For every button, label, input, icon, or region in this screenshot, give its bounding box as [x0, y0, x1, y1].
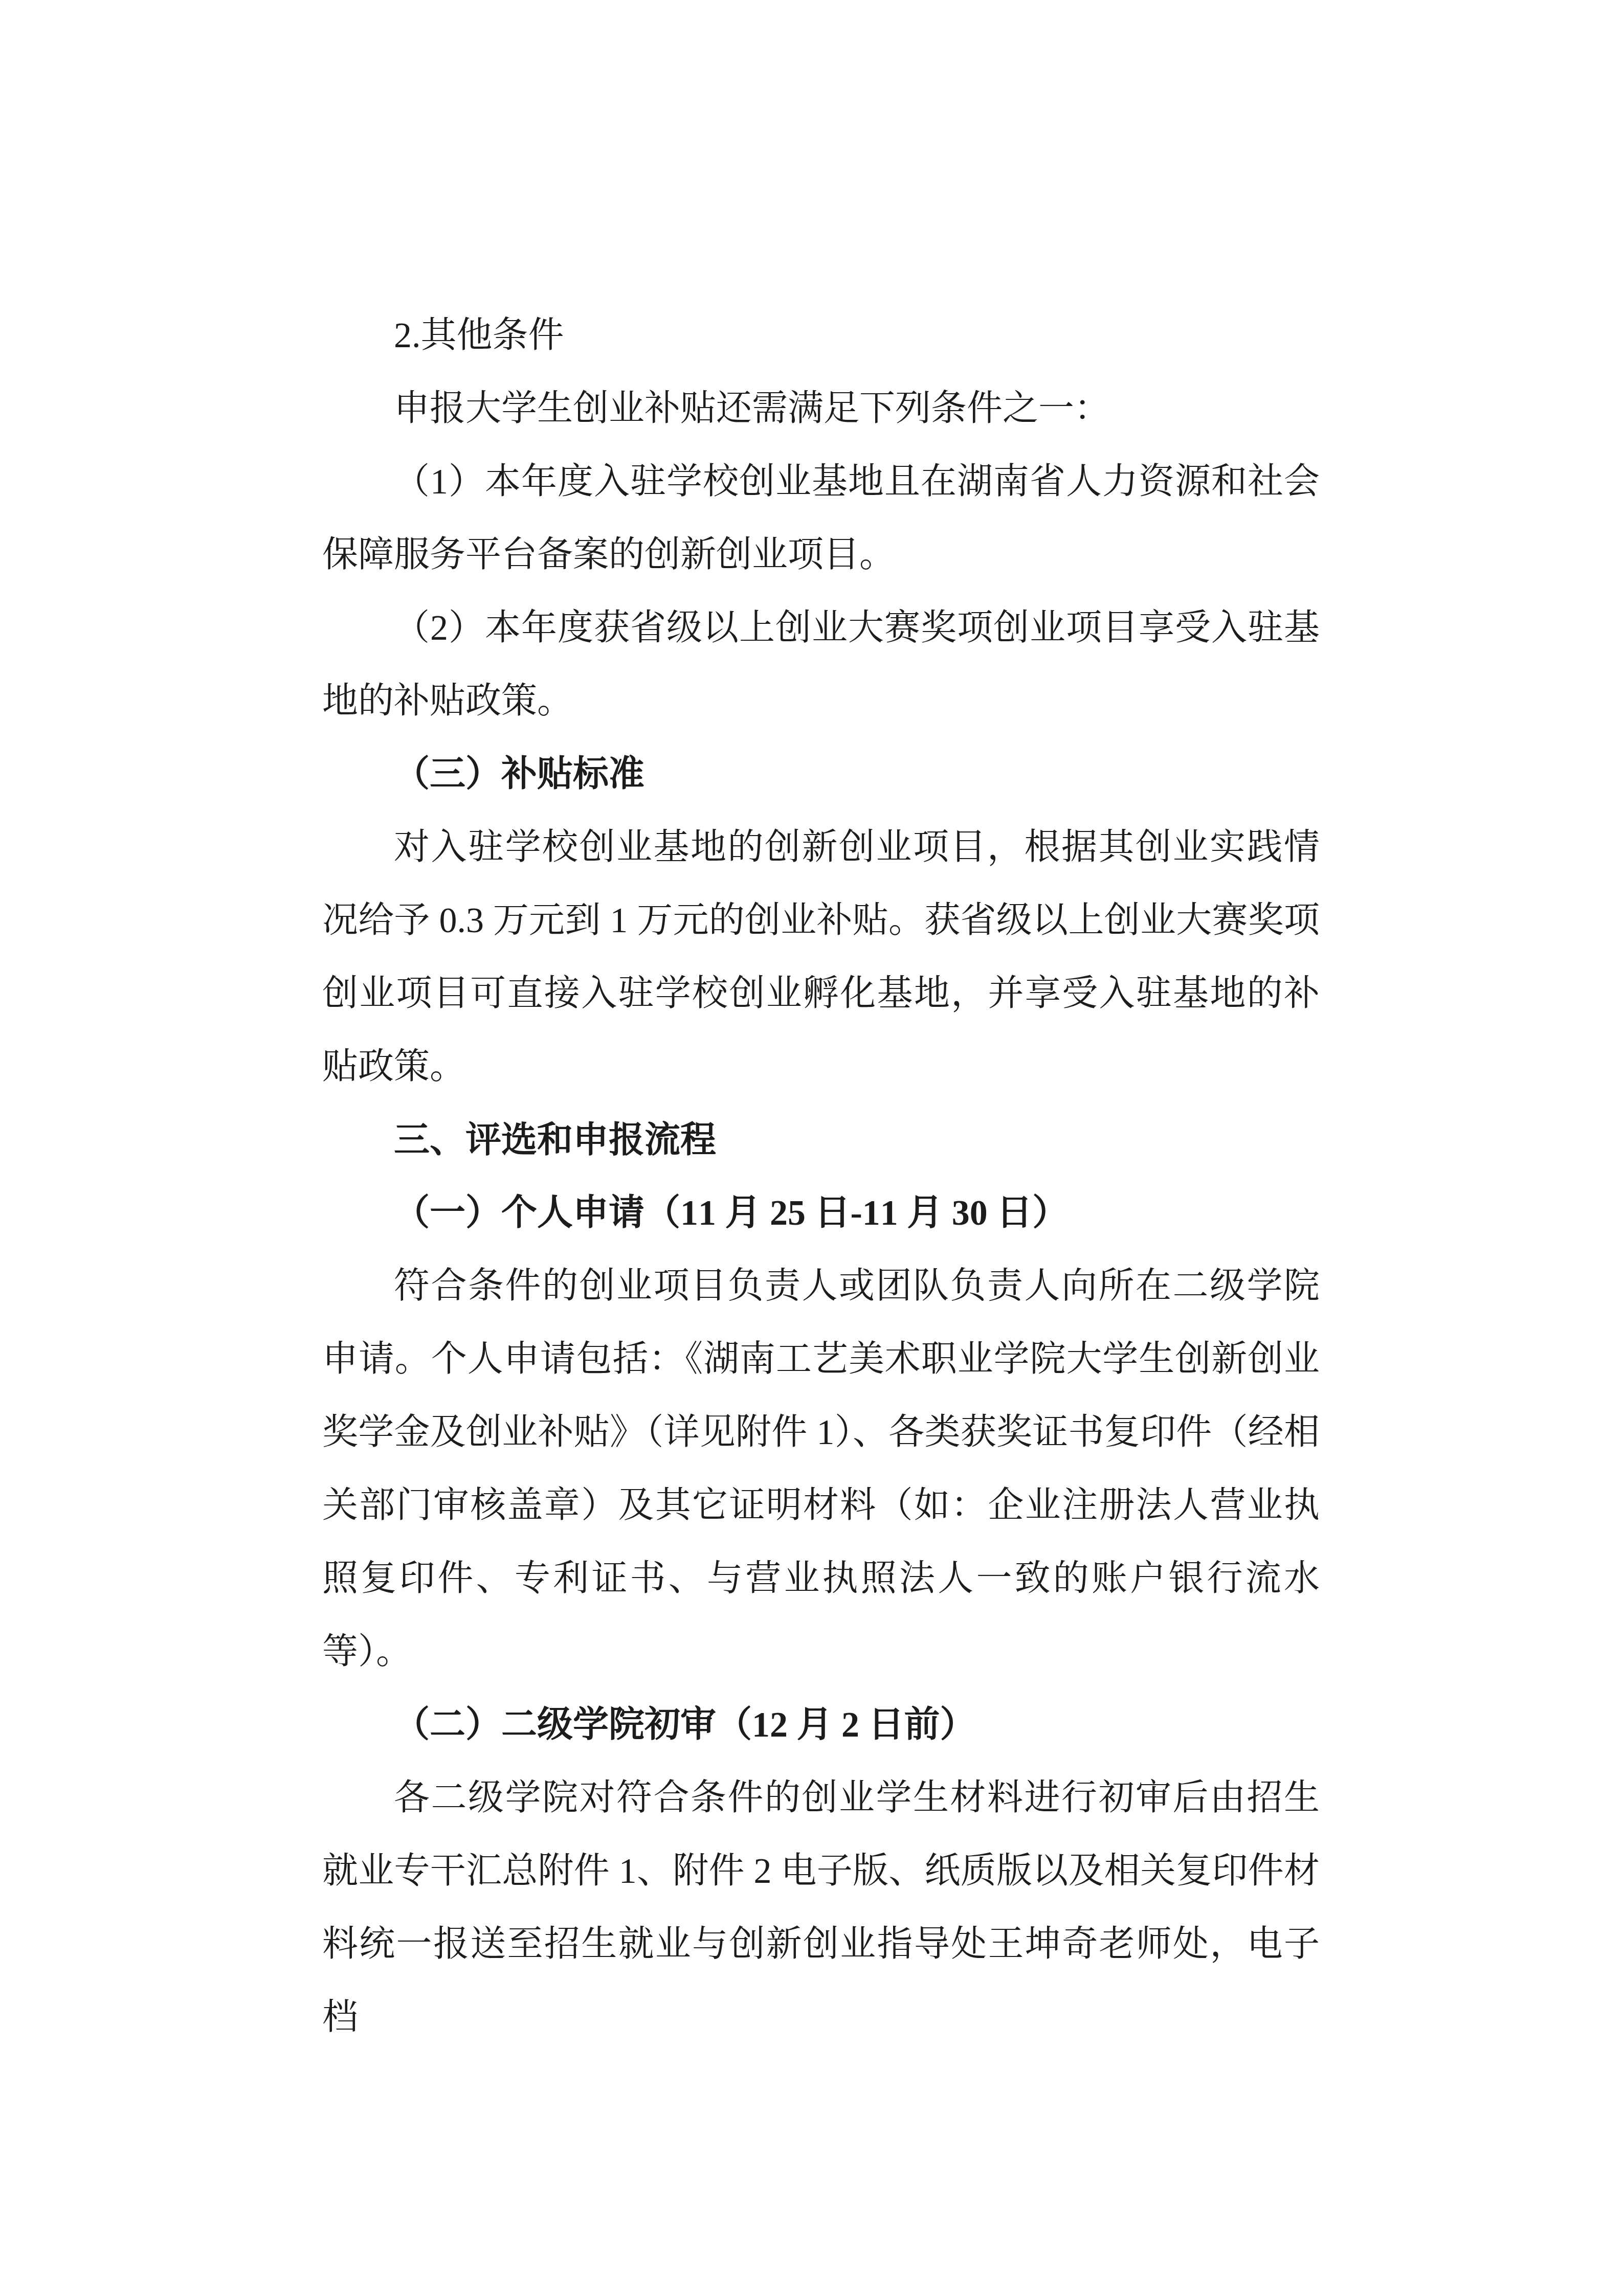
text-block: 2.其他条件 申报大学生创业补贴还需满足下列条件之一： （1）本年度入驻学校创业…	[322, 299, 1320, 2054]
heading-subsidy-standard: （三）补贴标准	[322, 738, 1320, 811]
paragraph-conditions-intro: 申报大学生创业补贴还需满足下列条件之一：	[322, 372, 1320, 445]
paragraph-college-preliminary-review-body: 各二级学院对符合条件的创业学生材料进行初审后由招生就业专干汇总附件 1、附件 2…	[322, 1762, 1320, 2054]
heading-college-preliminary-review: （二）二级学院初审（12 月 2 日前）	[322, 1689, 1320, 1762]
document-page: 2.其他条件 申报大学生创业补贴还需满足下列条件之一： （1）本年度入驻学校创业…	[0, 0, 1624, 2296]
paragraph-subsidy-standard-body: 对入驻学校创业基地的创新创业项目，根据其创业实践情况给予 0.3 万元到 1 万…	[322, 811, 1320, 1104]
paragraph-condition-1: （1）本年度入驻学校创业基地且在湖南省人力资源和社会保障服务平台备案的创新创业项…	[322, 445, 1320, 592]
heading-other-conditions: 2.其他条件	[322, 299, 1320, 372]
paragraph-individual-application-body: 符合条件的创业项目负责人或团队负责人向所在二级学院申请。个人申请包括：《湖南工艺…	[322, 1250, 1320, 1689]
heading-selection-and-application-process: 三、评选和申报流程	[322, 1104, 1320, 1177]
paragraph-condition-2: （2）本年度获省级以上创业大赛奖项创业项目享受入驻基地的补贴政策。	[322, 592, 1320, 738]
heading-individual-application: （一）个人申请（11 月 25 日-11 月 30 日）	[322, 1177, 1320, 1250]
